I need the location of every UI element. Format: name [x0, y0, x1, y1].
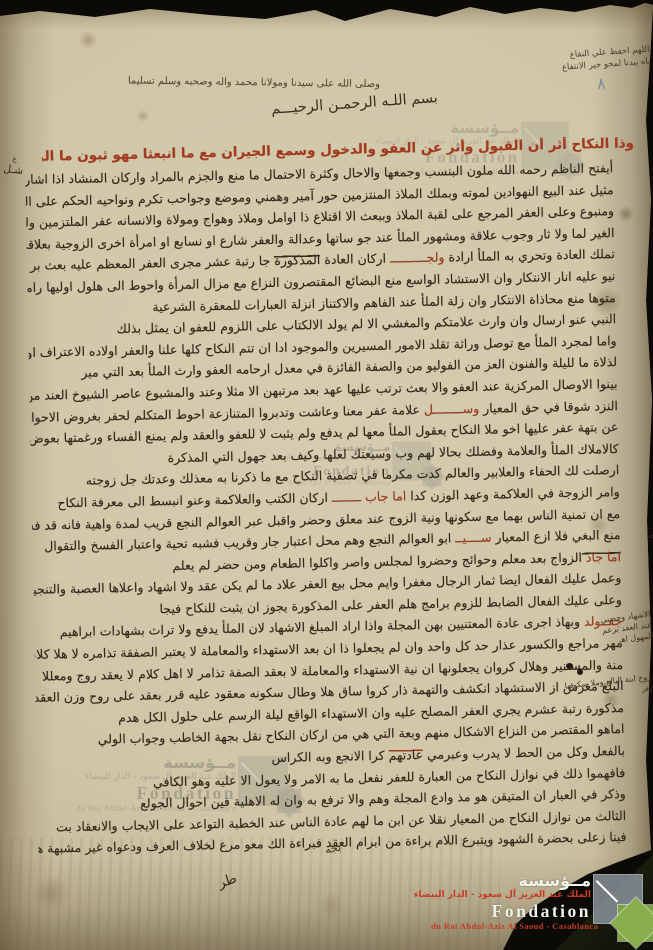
logo-star-icon: [613, 900, 653, 946]
text-segment: تملك العادة وتحري به الملأ ارادة: [444, 246, 615, 264]
rubricated-word: ســــيــ: [455, 530, 492, 546]
logo-arabic-subtitle: الملك عبد العزيز آل سعود - الدار البيضاء: [431, 890, 591, 901]
logo-latin-subtitle: du Roi Abdul-Aziz Al Saoud - Casablanca: [431, 921, 591, 932]
text-segment: اركان الكتب والعلاكمة وعنو انبسط الى معر…: [57, 490, 332, 511]
main-text-block: أيفتح الناظم رحمه الله ملون البنسب وجمعه…: [25, 157, 627, 865]
logo-latin-title: Fondation: [431, 901, 591, 921]
rubricated-word: وســــــــل: [424, 400, 480, 416]
text-segment: منع البغي فلا ازع المعيار: [491, 527, 620, 545]
rubricated-word: ولجــــــــــ: [390, 250, 445, 266]
text-segment: جا رتبة عشر مجرى العفر المعظم عليه بعث ب…: [30, 253, 274, 273]
rubricated-word: اما جاد: [582, 549, 621, 565]
foundation-logo: مــؤسسة الملك عبد العزيز آل سعود - الدار…: [423, 872, 653, 950]
ink-blot: [577, 669, 583, 675]
text-segment: كرا الانجع وبه الكراس: [271, 748, 388, 765]
logo-arabic-title: مــؤسسة: [431, 872, 591, 890]
photo-stage: ٨ اللهم احفظ علي النفاع باه بيدنا لمحو خ…: [0, 0, 653, 950]
text-segment: بالفعل وكل من الحط لا يدرب وعبرمي: [423, 743, 625, 762]
watermark-arabic-title: مــؤسسة: [367, 120, 519, 137]
text-segment: اركان العادة: [320, 251, 390, 267]
text-segment: عادتهم: [388, 747, 423, 763]
text-segment: النزد شوقا في حق المعيار: [479, 398, 618, 416]
margin-mark: ع شـل: [3, 153, 25, 177]
margin-mark-word: شـل: [3, 164, 24, 177]
rubricated-word: اما جاب ــــــــ: [332, 488, 407, 504]
ink-blot: [566, 663, 573, 669]
text-segment: وامر الزوجة في العلاكمة وعهد الوزن كدا: [406, 484, 620, 503]
page-number: ٨: [596, 74, 606, 94]
text-segment: المذكورة: [274, 252, 320, 268]
